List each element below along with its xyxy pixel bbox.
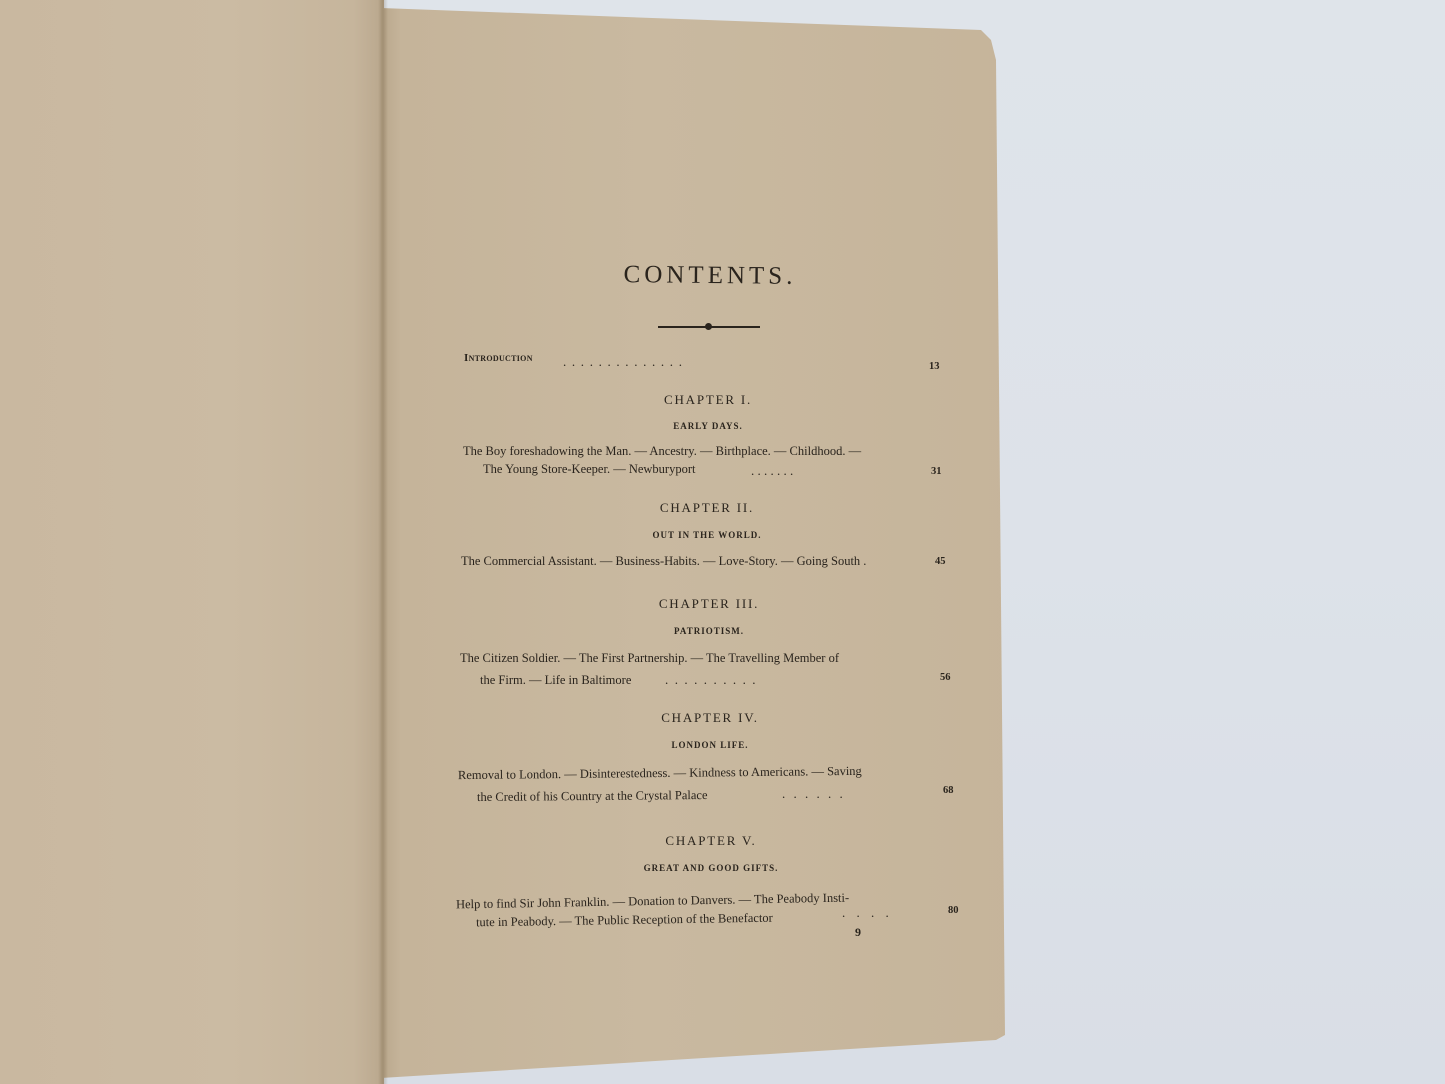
chapter-3-subtitle: PATRIOTISM. [599,626,819,636]
chapter-3-heading: CHAPTER III. [599,596,819,612]
chapter-2-heading: CHAPTER II. [597,500,817,516]
toc-introduction-label: Introduction [464,352,533,364]
chapter-4-heading: CHAPTER IV. [600,710,820,726]
chapter-3-line-2: the Firm. — Life in Baltimore [480,673,631,688]
chapter-3-page: 56 [940,672,951,683]
toc-introduction-leaders: . . . . . . . . . . . . . . [563,354,683,370]
chapter-4-line-2: the Credit of his Country at the Crystal… [477,788,708,805]
chapter-3-leaders: . . . . . . . . . . [665,672,757,688]
chapter-5-page: 80 [948,905,959,916]
chapter-3-line-1: The Citizen Soldier. — The First Partner… [460,651,839,666]
book-gutter [378,0,388,1084]
left-blank-page [0,0,384,1084]
chapter-5-heading: CHAPTER V. [601,833,821,849]
chapter-1-line-1: The Boy foreshadowing the Man. — Ancestr… [463,444,861,459]
page-number: 9 [855,925,861,940]
toc-introduction-page: 13 [929,361,940,372]
chapter-1-subtitle: EARLY DAYS. [598,421,818,431]
chapter-1-heading: CHAPTER I. [598,392,818,408]
chapter-2-page: 45 [935,556,946,567]
title-ornament-rule [658,322,760,332]
chapter-1-page: 31 [931,466,942,477]
chapter-2-line-1: The Commercial Assistant. — Business-Hab… [461,554,866,569]
chapter-1-line-2: The Young Store-Keeper. — Newburyport [483,462,695,477]
page-title: CONTENTS. [560,260,860,291]
chapter-1-leaders: . . . . . . . [751,463,793,479]
chapter-5-leaders: . . . . [842,905,893,921]
chapter-4-subtitle: LONDON LIFE. [600,740,820,750]
chapter-2-subtitle: OUT IN THE WORLD. [597,530,817,540]
chapter-4-leaders: . . . . . . [782,786,845,802]
chapter-4-page: 68 [943,785,954,796]
chapter-5-subtitle: GREAT AND GOOD GIFTS. [601,863,821,873]
